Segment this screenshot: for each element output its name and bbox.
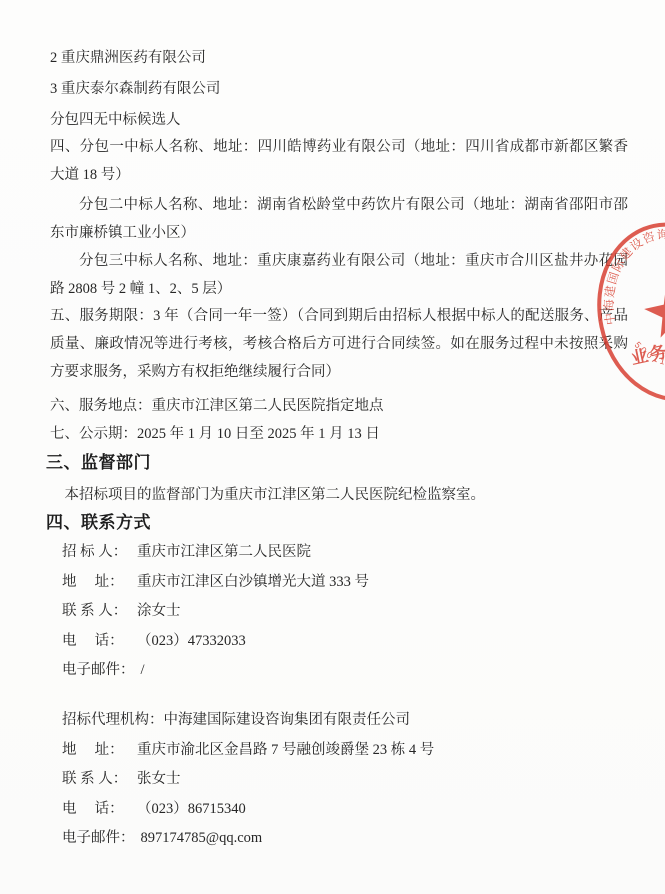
contact-value: / xyxy=(141,662,145,678)
contact-row-address: 地 址：重庆市江津区白沙镇增光大道 333 号 xyxy=(62,568,622,598)
contact-value: 重庆市江津区第二人民医院 xyxy=(137,544,311,560)
section-four-winner-pkg1: 四、分包一中标人名称、地址：四川皓博药业有限公司（地址：四川省成都市新都区繁香大… xyxy=(50,133,628,189)
section-six-service-location: 六、服务地点：重庆市江津区第二人民医院指定地点 xyxy=(50,392,628,420)
seal-star-icon xyxy=(640,279,665,340)
contact-row-tenderer: 招 标 人：重庆市江津区第二人民医院 xyxy=(62,538,622,568)
winner-pkg3: 分包三中标人名称、地址：重庆康嘉药业有限公司（地址：重庆市合川区盐井办花园路 2… xyxy=(50,247,628,303)
contact-value: 重庆市江津区白沙镇增光大道 333 号 xyxy=(137,574,369,590)
contact-value: 897174785@qq.com xyxy=(141,830,263,846)
seal-code-textpath: 5001141 xyxy=(631,332,665,377)
contact-row-address: 地 址：重庆市渝北区金昌路 7 号融创竣爵堡 23 栋 4 号 xyxy=(62,736,622,766)
candidate-line: 3 重庆泰尔森制药有限公司 xyxy=(50,74,628,105)
contact-label: 电子邮件： xyxy=(62,824,135,854)
contact-label: 招 标 人： xyxy=(62,538,131,568)
section-seven-publicity-period: 七、公示期：2025 年 1 月 10 日至 2025 年 1 月 13 日 xyxy=(50,420,628,448)
contact-value: （023）47332033 xyxy=(137,633,246,649)
contact-value: （023）86715340 xyxy=(137,801,246,817)
contact-row-person: 联 系 人：涂女士 xyxy=(62,597,622,627)
supervision-heading: 三、监督部门 xyxy=(46,451,151,475)
contact-heading: 四、联系方式 xyxy=(46,511,151,535)
contact-value: 涂女士 xyxy=(137,603,181,619)
section-five-service-term: 五、服务期限：3 年（合同一年一签）（合同到期后由招标人根据中标人的配送服务、产… xyxy=(50,302,628,386)
candidate-list: 2 重庆鼎洲医药有限公司 3 重庆泰尔森制药有限公司 分包四无中标候选人 xyxy=(50,43,628,136)
contact-row-agent: 招标代理机构：中海建国际建设咨询集团有限责任公司 xyxy=(62,706,622,736)
no-candidate-note: 分包四无中标候选人 xyxy=(50,105,628,136)
contact-label: 地 址： xyxy=(62,736,131,766)
contact-row-person: 联 系 人：张女士 xyxy=(62,765,622,795)
contact-label: 联 系 人： xyxy=(62,597,131,627)
contact-value: 重庆市渝北区金昌路 7 号融创竣爵堡 23 栋 4 号 xyxy=(137,742,434,758)
contact-value: 中海建国际建设咨询集团有限责任公司 xyxy=(164,712,411,728)
agent-contact-block: 招标代理机构：中海建国际建设咨询集团有限责任公司 地 址：重庆市渝北区金昌路 7… xyxy=(62,706,622,854)
seal-code-text: 5001141 xyxy=(631,332,665,377)
contact-row-email: 电子邮件：/ xyxy=(62,656,622,686)
contact-row-email: 电子邮件：897174785@qq.com xyxy=(62,824,622,854)
winner-pkg2: 分包二中标人名称、地址：湖南省松龄堂中药饮片有限公司（地址：湖南省邵阳市邵东市廉… xyxy=(50,191,628,247)
contact-label: 招标代理机构： xyxy=(62,712,164,728)
contact-value: 张女士 xyxy=(137,771,181,787)
supervision-body: 本招标项目的监督部门为重庆市江津区第二人民医院纪检监察室。 xyxy=(50,481,628,509)
tenderer-contact-block: 招 标 人：重庆市江津区第二人民医院 地 址：重庆市江津区白沙镇增光大道 333… xyxy=(62,538,622,686)
contact-label: 电子邮件： xyxy=(62,656,135,686)
contact-label: 电 话： xyxy=(62,627,131,657)
contact-label: 联 系 人： xyxy=(62,765,131,795)
seal-label-text: 业务专用章 xyxy=(629,329,665,368)
contact-row-phone: 电 话：（023）86715340 xyxy=(62,795,622,825)
contact-label: 地 址： xyxy=(62,568,131,598)
document-page: 2 重庆鼎洲医药有限公司 3 重庆泰尔森制药有限公司 分包四无中标候选人 四、分… xyxy=(0,0,665,894)
contact-label: 电 话： xyxy=(62,795,131,825)
candidate-line: 2 重庆鼎洲医药有限公司 xyxy=(50,43,628,74)
contact-row-phone: 电 话：（023）47332033 xyxy=(62,627,622,657)
